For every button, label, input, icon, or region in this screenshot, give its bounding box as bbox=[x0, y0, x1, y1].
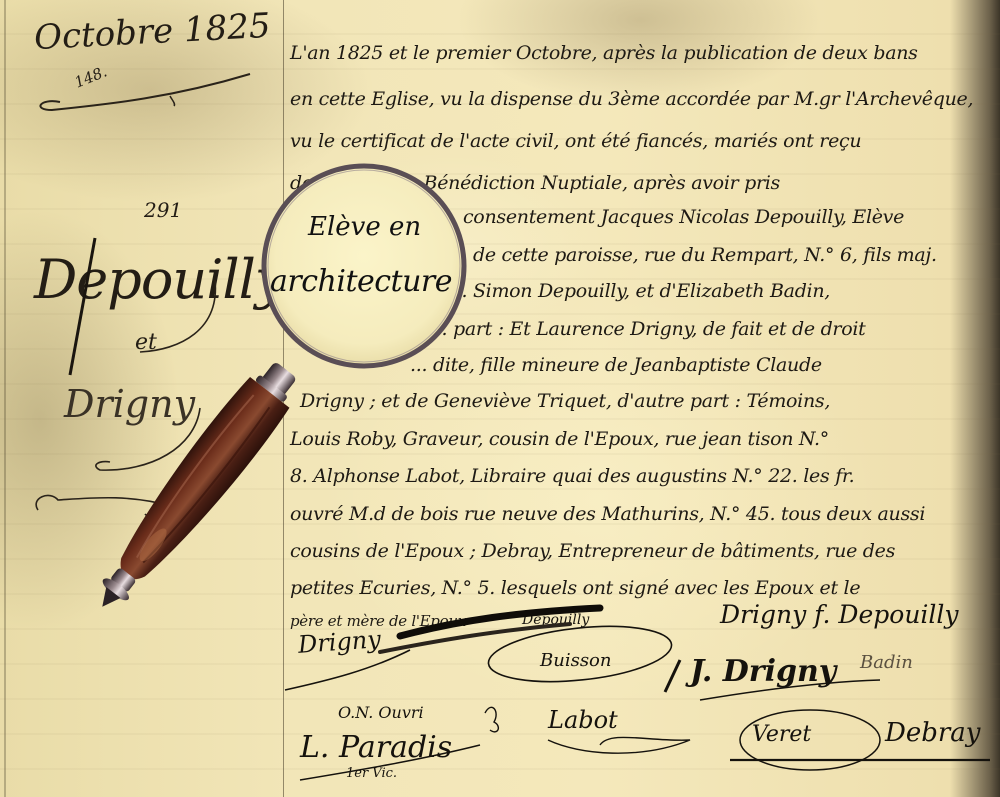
body-line-13: ouvré M.d de bois rue neuve des Mathurin… bbox=[290, 503, 925, 525]
margin-name-flourishes bbox=[0, 180, 290, 560]
signature-labot: Labot bbox=[548, 706, 618, 734]
body-line-12: 8. Alphonse Labot, Libraire quai des aug… bbox=[290, 465, 854, 487]
signature-badin: Badin bbox=[860, 652, 913, 673]
entry-number: 291 bbox=[144, 198, 182, 222]
body-line-2: en cette Eglise, vu la dispense du 3ème … bbox=[290, 88, 973, 110]
signature-drigny-father: Drigny bbox=[297, 625, 382, 659]
signature-drigny-f-depouilly: Drigny f. Depouilly bbox=[720, 600, 959, 629]
signature-debray: Debray bbox=[885, 718, 981, 748]
body-line-1: L'an 1825 et le premier Octobre, après l… bbox=[290, 42, 918, 64]
body-line-15: petites Ecuries, N.° 5. lesquels ont sig… bbox=[290, 577, 860, 599]
body-line-10: Drigny ; et de Geneviève Triquet, d'autr… bbox=[300, 390, 830, 412]
signature-j-drigny: J. Drigny bbox=[690, 654, 836, 689]
body-line-7: ... Simon Depouilly, et d'Elizabeth Badi… bbox=[450, 280, 830, 302]
margin-rule bbox=[283, 0, 284, 797]
folio-number: 148. bbox=[72, 62, 110, 91]
signature-vicar-title: 1er Vic. bbox=[346, 766, 397, 781]
left-page-edge bbox=[4, 0, 6, 797]
date-header: Octobre 1825 bbox=[33, 6, 271, 58]
conjunction-et: et bbox=[135, 330, 157, 355]
body-line-4: de ... sousf. la Bénédiction Nuptiale, a… bbox=[290, 172, 780, 194]
signature-buisson: Buisson bbox=[540, 650, 611, 671]
body-line-9: ... dite, fille mineure de Jeanbaptiste … bbox=[410, 354, 822, 376]
signature-veret: Veret bbox=[752, 722, 811, 747]
body-line-11: Louis Roby, Graveur, cousin de l'Epoux, … bbox=[290, 428, 829, 450]
lens-magnified-text-line1: Elève en bbox=[308, 212, 421, 242]
body-line-6: ... de cette paroisse, rue du Rempart, N… bbox=[450, 244, 937, 266]
body-line-5: ... consentement Jacques Nicolas Depouil… bbox=[440, 206, 904, 228]
lens-magnified-text-line2: architecture bbox=[270, 264, 452, 299]
groom-surname: Depouilly bbox=[34, 248, 284, 311]
signature-on-ouvri: O.N. Ouvri bbox=[338, 703, 424, 722]
date-underline-flourish bbox=[0, 60, 300, 180]
body-line-8: ... part : Et Laurence Drigny, de fait e… bbox=[430, 318, 865, 340]
body-line-3: vu le certificat de l'acte civil, ont ét… bbox=[290, 130, 861, 152]
signature-paradis: L. Paradis bbox=[300, 730, 452, 765]
signature-depouilly: Depouilly bbox=[522, 612, 589, 628]
register-page: Octobre 1825 148. 291 Depouilly et Drign… bbox=[0, 0, 1000, 797]
body-line-14: cousins de l'Epoux ; Debray, Entrepreneu… bbox=[290, 540, 895, 562]
bride-surname: Drigny bbox=[64, 382, 195, 426]
